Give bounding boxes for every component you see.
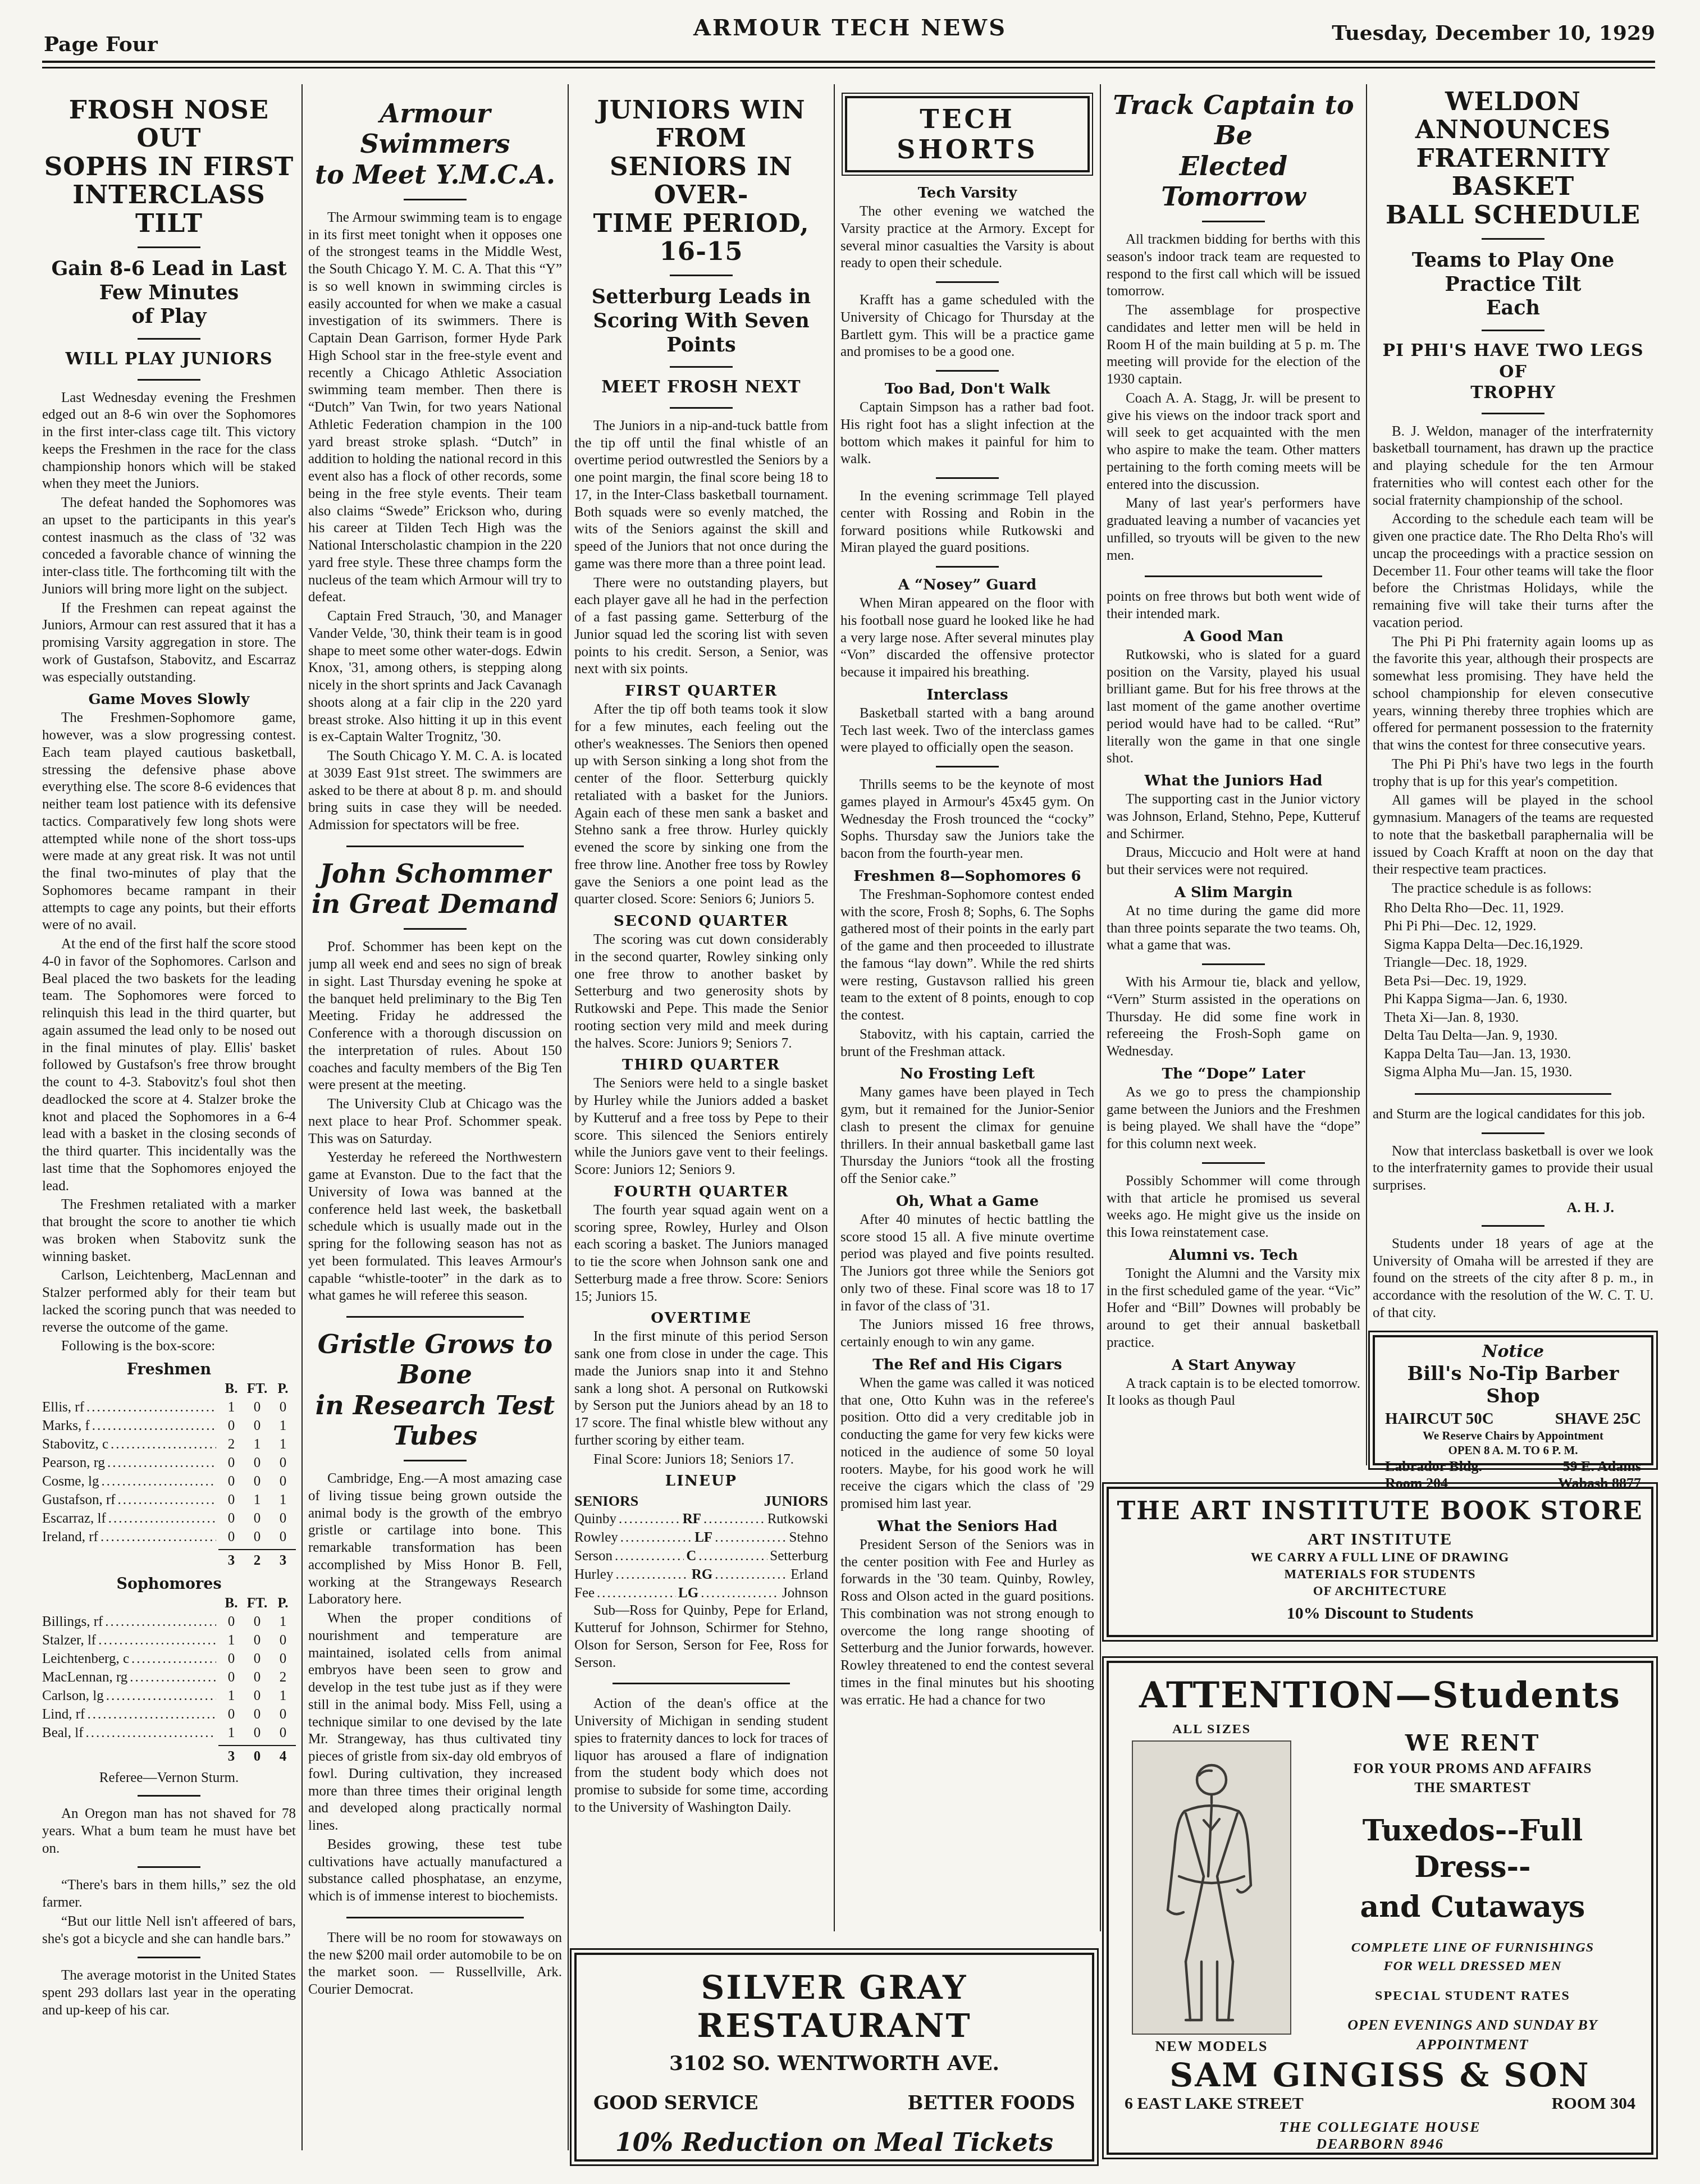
column-rule <box>1366 84 1367 1465</box>
boxscore-row: Cosme, lg...............................… <box>42 1472 296 1491</box>
boxscore-value: 0 <box>270 1398 296 1417</box>
body-paragraph: There were no outstanding players, but e… <box>574 575 828 679</box>
ad-copy-line: FOR YOUR PROMS AND AFFAIRS <box>1310 1760 1635 1779</box>
lineup-position: RF <box>683 1510 701 1528</box>
barber-building: Labrador Bldg. <box>1385 1458 1482 1475</box>
divider-rule <box>936 281 999 283</box>
news-column-2: Armour Swimmersto Meet Y.M.C.A.The Armou… <box>308 93 562 2142</box>
text-line: PI PHI'S HAVE TWO LEGS OF <box>1373 340 1653 382</box>
body-paragraph: After 40 minutes of hectic battling the … <box>840 1212 1094 1315</box>
shave-price: SHAVE 25C <box>1555 1410 1641 1428</box>
text-line: of Play <box>42 305 296 329</box>
article-headline: FROSH NOSE OUTSOPHS IN FIRSTINTERCLASS T… <box>42 96 296 237</box>
body-paragraph: According to the schedule each team will… <box>1373 511 1653 632</box>
body-paragraph: Carlson, Leichtenberg, MacLennan and Sta… <box>42 1267 296 1336</box>
boxscore-column-header: B. <box>218 1379 244 1398</box>
page-number-label: Page Four <box>44 33 158 56</box>
column-rule <box>301 84 303 2150</box>
boxscore-value: 0 <box>244 1687 270 1705</box>
divider-rule <box>404 928 467 930</box>
body-paragraph: “There's bars in them hills,” sez the ol… <box>42 1877 296 1912</box>
boxscore-column-header: FT. <box>244 1594 270 1612</box>
lineup-row: Hurley................RG................… <box>574 1565 828 1584</box>
boxscore-value: 0 <box>218 1491 244 1509</box>
player-name: Escarraz, lf <box>42 1509 106 1528</box>
boxscore-value: 0 <box>218 1668 244 1687</box>
barber-address-row: Labrador Bldg. 59 E. Adams <box>1385 1458 1641 1475</box>
divider-rule-long <box>1415 1093 1611 1095</box>
all-sizes-label: ALL SIZES <box>1125 1722 1299 1737</box>
body-paragraph: Students under 18 years of age at the Un… <box>1373 1236 1653 1322</box>
boxscore-value: 1 <box>218 1724 244 1742</box>
lineup-player-right: Stehno <box>789 1528 828 1547</box>
divider-rule-long <box>613 1683 790 1684</box>
divider-rule <box>936 566 999 568</box>
product-line: Tuxedos--Full Dress-- <box>1310 1812 1635 1885</box>
text-line: Track Captain to Be <box>1107 90 1360 151</box>
text-line: Each <box>1373 296 1653 321</box>
body-paragraph: The Juniors missed 16 free throws, certa… <box>840 1317 1094 1351</box>
body-paragraph: President Serson of the Seniors was in t… <box>840 1537 1094 1710</box>
body-paragraph: When Miran appeared on the floor with hi… <box>840 595 1094 682</box>
boxscore-total-row: 323 <box>42 1546 296 1570</box>
divider-rule-long <box>346 1917 524 1918</box>
text-line: to Meet Y.M.C.A. <box>308 159 562 190</box>
boxscore-row: Billings, rf............................… <box>42 1612 296 1631</box>
body-paragraph: The Freshman-Sophomore contest ended wit… <box>840 887 1094 1025</box>
boxscore-header-row: B.FT.P. <box>42 1379 296 1398</box>
article-subhead: Gain 8-6 Lead in LastFew Minutesof Play <box>42 257 296 329</box>
dot-leader: ........................................… <box>101 1472 216 1491</box>
lineup-header: SENIORSJUNIORS <box>574 1493 828 1510</box>
body-paragraph: The Freshmen retaliated with a marker th… <box>42 1196 296 1265</box>
newspaper-page: Page Four ARMOUR TECH NEWS Tuesday, Dece… <box>0 0 1700 2184</box>
news-column-5: Track Captain to BeElected TomorrowAll t… <box>1107 84 1360 1477</box>
body-paragraph: With his Armour tie, black and yellow, “… <box>1107 974 1360 1061</box>
dot-leader: ........................................… <box>87 1705 216 1724</box>
schedule-item: Kappa Delta Tau—Jan. 13, 1930. <box>1373 1045 1653 1064</box>
body-paragraph: The practice schedule is as follows: <box>1373 880 1653 898</box>
body-paragraph: In the evening scrimmage Tell played cen… <box>840 488 1094 557</box>
lineup-player-left: Rowley <box>574 1528 618 1547</box>
column-rule <box>568 84 569 2150</box>
text-line: TIME PERIOD, 16-15 <box>574 209 828 266</box>
text-line: SENIORS IN OVER- <box>574 153 828 209</box>
bookstore-line: OF ARCHITECTURE <box>1114 1583 1646 1600</box>
divider-rule <box>138 379 200 381</box>
boxscore-row: Gustafson, rf...........................… <box>42 1491 296 1509</box>
dot-leader: ........................................… <box>105 1612 216 1631</box>
body-paragraph: Captain Fred Strauch, '30, and Manager V… <box>308 608 562 746</box>
body-paragraph: The Seniors were held to a single basket… <box>574 1075 828 1179</box>
dot-leader: ........................................… <box>92 1417 216 1435</box>
boxscore-row: Beal, lf................................… <box>42 1724 296 1742</box>
boxscore-value: 1 <box>270 1612 296 1631</box>
boxscore-value: 0 <box>244 1528 270 1546</box>
body-paragraph: Possibly Schommer will come through with… <box>1107 1173 1360 1242</box>
article-headline: JUNIORS WIN FROMSENIORS IN OVER-TIME PER… <box>574 96 828 266</box>
dot-leader: ........................................… <box>107 1454 216 1472</box>
body-paragraph: At the end of the first half the score s… <box>42 936 296 1195</box>
section-head: WILL PLAY JUNIORS <box>42 349 296 370</box>
divider-rule <box>670 366 733 368</box>
boxscore-value: 0 <box>270 1705 296 1724</box>
ad-copy-line: COMPLETE LINE OF FURNISHINGS FOR WELL DR… <box>1310 1939 1635 1976</box>
boxscore-value: 0 <box>244 1398 270 1417</box>
divider-rule <box>138 1866 200 1868</box>
paragraph-head: A Start Anyway <box>1107 1357 1360 1374</box>
text-line: Armour Swimmers <box>308 98 562 159</box>
body-paragraph: The assemblage for prospective candidate… <box>1107 302 1360 389</box>
boxscore-row: Escarraz, lf............................… <box>42 1509 296 1528</box>
boxscore-row: Stalzer, lf.............................… <box>42 1631 296 1650</box>
masthead-title: ARMOUR TECH NEWS <box>693 15 1007 41</box>
quarter-head: OVERTIME <box>574 1310 828 1327</box>
paragraph-head: A “Nosey” Guard <box>840 577 1094 593</box>
ad-copy-line: THE SMARTEST <box>1310 1779 1635 1798</box>
text-line: Points <box>574 333 828 358</box>
divider-rule-long <box>346 846 524 847</box>
paragraph-head: Too Bad, Don't Walk <box>840 381 1094 397</box>
divider-rule <box>670 407 733 409</box>
haircut-price: HAIRCUT 50C <box>1385 1410 1494 1428</box>
boxscore-team-name: Freshmen <box>42 1361 296 1378</box>
boxscore-value: 0 <box>244 1631 270 1650</box>
boxscore-value: 1 <box>218 1398 244 1417</box>
company-room: ROOM 304 <box>1552 2094 1635 2113</box>
boxscore-value: 2 <box>218 1435 244 1454</box>
text-line: Few Minutes <box>42 281 296 305</box>
body-paragraph: When the game was called it was noticed … <box>840 1375 1094 1513</box>
boxscore-value: 0 <box>270 1650 296 1668</box>
boxscore-value: 0 <box>218 1472 244 1491</box>
news-column-4: TECH SHORTSTech VarsityThe other evening… <box>840 93 1094 1929</box>
paragraph-head: A Slim Margin <box>1107 884 1360 901</box>
body-paragraph: Yesterday he refereed the Northwestern g… <box>308 1149 562 1305</box>
barber-prices: HAIRCUT 50C SHAVE 25C <box>1385 1410 1641 1428</box>
bookstore-line: MATERIALS FOR STUDENTS <box>1114 1566 1646 1583</box>
ad-figure-block: ALL SIZES <box>1125 1722 1299 2055</box>
body-paragraph: Stabovitz, with his captain, carried the… <box>840 1026 1094 1061</box>
hours-line-2: APPOINTMENT <box>1310 2035 1635 2054</box>
divider-rule <box>138 246 200 248</box>
lineup-position: LG <box>678 1584 698 1602</box>
dot-leader: ................ <box>701 1584 780 1602</box>
lineup-row: Fee................LG................Joh… <box>574 1584 828 1602</box>
company-name: SAM GINGISS & SON <box>1125 2056 1635 2094</box>
divider-rule <box>404 1460 467 1461</box>
body-paragraph: An Oregon man has not shaved for 78 year… <box>42 1806 296 1857</box>
player-name: Cosme, lg <box>42 1472 99 1491</box>
body-paragraph: All games will be played in the school g… <box>1373 792 1653 879</box>
text-line: FROSH NOSE OUT <box>42 96 296 153</box>
dot-leader: ........................................… <box>86 1724 216 1742</box>
restaurant-name: SILVER GRAY RESTAURANT <box>593 1968 1075 2045</box>
text-line: Setterburg Leads in <box>574 285 828 309</box>
boxscore-value: 0 <box>218 1454 244 1472</box>
silver-gray-restaurant-ad: SILVER GRAY RESTAURANT 3102 SO. WENTWORT… <box>574 1953 1094 2162</box>
boxscore-value: 0 <box>244 1417 270 1435</box>
product-line: and Cutaways <box>1310 1889 1635 1925</box>
divider-rule <box>1482 413 1544 414</box>
paragraph-head: What the Juniors Had <box>1107 773 1360 789</box>
text-line: Practice Tilt <box>1373 273 1653 297</box>
boxscore-value: 0 <box>218 1612 244 1631</box>
new-models-label: NEW MODELS <box>1125 2038 1299 2055</box>
divider-rule <box>936 766 999 767</box>
dot-leader: ................ <box>715 1565 788 1584</box>
boxscore-value: 1 <box>270 1687 296 1705</box>
body-paragraph: All trackmen bidding for berths with thi… <box>1107 231 1360 300</box>
body-paragraph: When the proper conditions of nourishmen… <box>308 1610 562 1835</box>
player-name: Carlson, lg <box>42 1687 104 1705</box>
feature-headline: Armour Swimmersto Meet Y.M.C.A. <box>308 98 562 190</box>
body-paragraph: Besides growing, these test tube cultiva… <box>308 1836 562 1906</box>
issue-date: Tuesday, December 10, 1929 <box>1332 21 1655 45</box>
art-institute-ad: THE ART INSTITUTE BOOK STORE ART INSTITU… <box>1107 1487 1653 1637</box>
boxscore-value: 0 <box>244 1724 270 1742</box>
boxscore-value: 1 <box>270 1417 296 1435</box>
boxscore-value: 0 <box>270 1472 296 1491</box>
lineup-position: RG <box>692 1565 713 1584</box>
dot-leader: ........................................… <box>130 1668 216 1687</box>
divider-rule <box>1202 1162 1265 1164</box>
article-subhead: Teams to Play OnePractice TiltEach <box>1373 249 1653 321</box>
boxscore-value: 0 <box>218 1528 244 1546</box>
boxscore-value: 0 <box>270 1509 296 1528</box>
player-name: Lind, rf <box>42 1705 85 1724</box>
bookstore-discount: 10% Discount to Students <box>1114 1604 1646 1623</box>
schedule-item: Beta Psi—Dec. 19, 1929. <box>1373 972 1653 991</box>
body-paragraph: Last Wednesday evening the Freshmen edge… <box>42 390 296 494</box>
body-paragraph: Krafft has a game scheduled with the Uni… <box>840 292 1094 361</box>
body-paragraph: Rutkowski, who is slated for a guard pos… <box>1107 647 1360 767</box>
divider-rule <box>138 1795 200 1797</box>
body-paragraph: B. J. Weldon, manager of the interfrater… <box>1373 423 1653 510</box>
we-rent-label: WE RENT <box>1310 1730 1635 1756</box>
text-line: Teams to Play One <box>1373 249 1653 273</box>
body-paragraph: The Armour swimming team is to engage in… <box>308 209 562 606</box>
boxscore-column-header: P. <box>270 1594 296 1612</box>
divider-rule <box>404 199 467 200</box>
text-line: FRATERNITY BASKET <box>1373 144 1653 201</box>
tuxedo-man-illustration <box>1132 1740 1291 2035</box>
player-name: Gustafson, rf <box>42 1491 116 1509</box>
lineup-team-left: SENIORS <box>574 1493 638 1510</box>
player-name: Pearson, rg <box>42 1454 105 1472</box>
dot-leader: ........................................… <box>108 1509 216 1528</box>
player-name: MacLennan, rg <box>42 1668 127 1687</box>
dot-leader: ........................................… <box>98 1631 216 1650</box>
dot-leader: ........................................… <box>111 1435 216 1454</box>
lineup-player-left: Hurley <box>574 1565 613 1584</box>
dot-leader: ........................................… <box>106 1687 216 1705</box>
student-rates-label: SPECIAL STUDENT RATES <box>1310 1989 1635 2004</box>
text-line: Scoring With Seven <box>574 309 828 333</box>
schedule-item: Triangle—Dec. 18, 1929. <box>1373 954 1653 972</box>
body-paragraph: In the first minute of this period Serso… <box>574 1328 828 1449</box>
boxscore-value: 0 <box>244 1509 270 1528</box>
divider-rule <box>138 1957 200 1958</box>
boxscore-value: 0 <box>244 1650 270 1668</box>
boxscore-row: Marks, f................................… <box>42 1417 296 1435</box>
dot-leader: ................ <box>698 1547 767 1565</box>
body-paragraph: Many games have been played in Tech gym,… <box>840 1084 1094 1188</box>
boxscore-row: Lind, rf................................… <box>42 1705 296 1724</box>
body-paragraph: Thrills seems to be the keynote of most … <box>840 776 1094 863</box>
ad-body: ALL SIZES <box>1125 1722 1635 2055</box>
body-paragraph: Coach A. A. Stagg, Jr. will be present t… <box>1107 390 1360 494</box>
schedule-item: Theta Xi—Jan. 8, 1930. <box>1373 1009 1653 1027</box>
boxscore-total: 3 <box>218 1745 244 1766</box>
boxscore-row: Ellis, rf...............................… <box>42 1398 296 1417</box>
divider-rule <box>936 477 999 479</box>
player-name: Billings, rf <box>42 1612 103 1631</box>
news-column-6: WELDON ANNOUNCESFRATERNITY BASKETBALL SC… <box>1373 84 1653 1325</box>
dot-leader: ................ <box>620 1528 692 1547</box>
company-address-row: 6 EAST LAKE STREET ROOM 304 <box>1125 2094 1635 2113</box>
body-paragraph: Now that interclass basketball is over w… <box>1373 1143 1653 1195</box>
paragraph-head: Freshmen 8—Sophomores 6 <box>840 868 1094 885</box>
boxscore-value: 0 <box>218 1650 244 1668</box>
boxscore-value: 0 <box>270 1454 296 1472</box>
player-name: Beal, lf <box>42 1724 84 1742</box>
text-line: Gain 8-6 Lead in Last <box>42 257 296 281</box>
body-paragraph: A track captain is to be elected tomorro… <box>1107 1376 1360 1410</box>
text-line: John Schommer <box>308 858 562 889</box>
boxscore-total: 3 <box>270 1549 296 1570</box>
restaurant-offer: 10% Reduction on Meal Tickets <box>593 2128 1075 2157</box>
dot-leader: ................ <box>619 1510 680 1528</box>
restaurant-address: 3102 SO. WENTWORTH AVE. <box>593 2052 1075 2075</box>
paragraph-head: Tech Varsity <box>840 185 1094 202</box>
paragraph-head: Oh, What a Game <box>840 1193 1094 1210</box>
feature-headline: Track Captain to BeElected Tomorrow <box>1107 90 1360 212</box>
lineup-player-left: Quinby <box>574 1510 616 1528</box>
barber-shop-name: Bill's No-Tip Barber Shop <box>1385 1363 1641 1408</box>
quarter-head: LINEUP <box>574 1473 828 1489</box>
boxscore-value: 0 <box>270 1724 296 1742</box>
text-line: WELDON ANNOUNCES <box>1373 88 1653 144</box>
section-head: PI PHI'S HAVE TWO LEGS OFTROPHY <box>1373 340 1653 404</box>
boxscore-value: 1 <box>244 1491 270 1509</box>
feature-headline: Gristle Grows to Bonein Research Test Tu… <box>308 1329 562 1451</box>
boxscore-value: 0 <box>218 1509 244 1528</box>
quarter-head: THIRD QUARTER <box>574 1057 828 1073</box>
body-paragraph: The fourth year squad again went on a sc… <box>574 1202 828 1306</box>
body-paragraph: The Phi Pi Phi fraternity again looms up… <box>1373 634 1653 755</box>
body-paragraph: The Phi Pi Phi's have two legs in the fo… <box>1373 756 1653 791</box>
quarter-head: FOURTH QUARTER <box>574 1184 828 1200</box>
body-paragraph: The Juniors in a nip-and-tuck battle fro… <box>574 418 828 573</box>
lineup-row: Rowley................LF................… <box>574 1528 828 1547</box>
body-paragraph: Prof. Schommer has been kept on the jump… <box>308 939 562 1094</box>
body-paragraph: Basketball started with a bang around Te… <box>840 705 1094 757</box>
boxscore-value: 0 <box>244 1454 270 1472</box>
furnishings-line: FOR WELL DRESSED MEN <box>1310 1957 1635 1976</box>
dot-leader: ................ <box>615 1547 684 1565</box>
boxscore-column-header: B. <box>218 1594 244 1612</box>
body-paragraph: Action of the dean's office at the Unive… <box>574 1696 828 1816</box>
divider-rule <box>1482 1225 1544 1227</box>
schedule-item: Phi Kappa Sigma—Jan. 6, 1930. <box>1373 990 1653 1009</box>
divider-rule <box>138 338 200 340</box>
body-paragraph: At no time during the game did more than… <box>1107 903 1360 954</box>
text-line: Gristle Grows to Bone <box>308 1329 562 1390</box>
boxscore-total: 4 <box>270 1745 296 1766</box>
column-rule <box>1100 84 1101 1931</box>
body-paragraph: Sub—Ross for Quinby, Pepe for Erland, Ku… <box>574 1602 828 1671</box>
divider-rule-long <box>1145 575 1322 577</box>
player-name: Leichtenberg, c <box>42 1650 129 1668</box>
bookstore-name: THE ART INSTITUTE BOOK STORE <box>1114 1497 1646 1525</box>
boxscore-column-header: P. <box>270 1379 296 1398</box>
boxscore-value: 0 <box>244 1472 270 1491</box>
barber-street: 59 E. Adams <box>1563 1458 1641 1475</box>
lineup-row: Quinby................RF................… <box>574 1510 828 1528</box>
body-paragraph: Final Score: Juniors 18; Seniors 17. <box>574 1451 828 1469</box>
body-paragraph: Captain Simpson has a rather bad foot. H… <box>840 399 1094 468</box>
body-paragraph: The defeat handed the Sophomores was an … <box>42 495 296 598</box>
body-paragraph: As we go to press the championship game … <box>1107 1084 1360 1153</box>
notice-label: Notice <box>1385 1342 1641 1361</box>
furnishings-line: COMPLETE LINE OF FURNISHINGS <box>1310 1939 1635 1958</box>
boxscore-total-row: 304 <box>42 1742 296 1766</box>
company-street: 6 EAST LAKE STREET <box>1125 2094 1304 2113</box>
body-paragraph: After the tip off both teams took it slo… <box>574 701 828 908</box>
article-subhead: Setterburg Leads inScoring With SevenPoi… <box>574 285 828 357</box>
boxscore-value: 0 <box>244 1705 270 1724</box>
lineup-position: LF <box>694 1528 712 1547</box>
player-name: Ellis, rf <box>42 1398 84 1417</box>
lineup-position: C <box>686 1547 696 1565</box>
column-rule <box>834 84 835 1931</box>
barber-shop-notice-ad: Notice Bill's No-Tip Barber Shop HAIRCUT… <box>1373 1335 1653 1465</box>
company-phone: DEARBORN 8946 <box>1125 2136 1635 2153</box>
lineup-player-right: Rutkowski <box>767 1510 828 1528</box>
sam-gingiss-tuxedo-ad: ATTENTION—Students ALL SIZES <box>1107 1661 1653 2155</box>
hours-line-1: OPEN EVENINGS AND SUNDAY BY <box>1310 2015 1635 2035</box>
barber-hours: OPEN 8 A. M. TO 6 P. M. <box>1385 1443 1641 1457</box>
dot-leader: ................ <box>597 1584 676 1602</box>
boxscore-header-row: B.FT.P. <box>42 1594 296 1612</box>
body-paragraph: The Freshmen-Sophomore game, however, wa… <box>42 710 296 934</box>
lineup-player-right: Setterburg <box>770 1547 828 1565</box>
body-paragraph: The other evening we watched the Varsity… <box>840 203 1094 272</box>
lineup-player-left: Serson <box>574 1547 613 1565</box>
header-rule <box>42 61 1655 68</box>
boxscore-value: 1 <box>218 1687 244 1705</box>
divider-rule <box>1482 1132 1544 1134</box>
restaurant-taglines: GOOD SERVICE BETTER FOODS <box>593 2092 1075 2114</box>
divider-rule <box>1202 963 1265 965</box>
restaurant-tagline-right: BETTER FOODS <box>908 2092 1075 2114</box>
bookstore-subtitle: ART INSTITUTE <box>1114 1530 1646 1549</box>
dot-leader: ................ <box>703 1510 765 1528</box>
boxscore-total: 3 <box>218 1549 244 1570</box>
boxscore-total: 0 <box>244 1745 270 1766</box>
dot-leader: ........................................… <box>131 1650 216 1668</box>
ad-headline: ATTENTION—Students <box>1125 1674 1635 1716</box>
boxscore-row: Leichtenberg, c.........................… <box>42 1650 296 1668</box>
player-name: Stalzer, lf <box>42 1631 96 1650</box>
text-line: SOPHS IN FIRST <box>42 153 296 181</box>
collegiate-house-label: THE COLLEGIATE HOUSE <box>1125 2119 1635 2136</box>
boxscore-total: 2 <box>244 1549 270 1570</box>
section-head: MEET FROSH NEXT <box>574 377 828 398</box>
dot-leader: ........................................… <box>100 1528 216 1546</box>
barber-note: We Reserve Chairs by Appointment <box>1385 1428 1641 1443</box>
